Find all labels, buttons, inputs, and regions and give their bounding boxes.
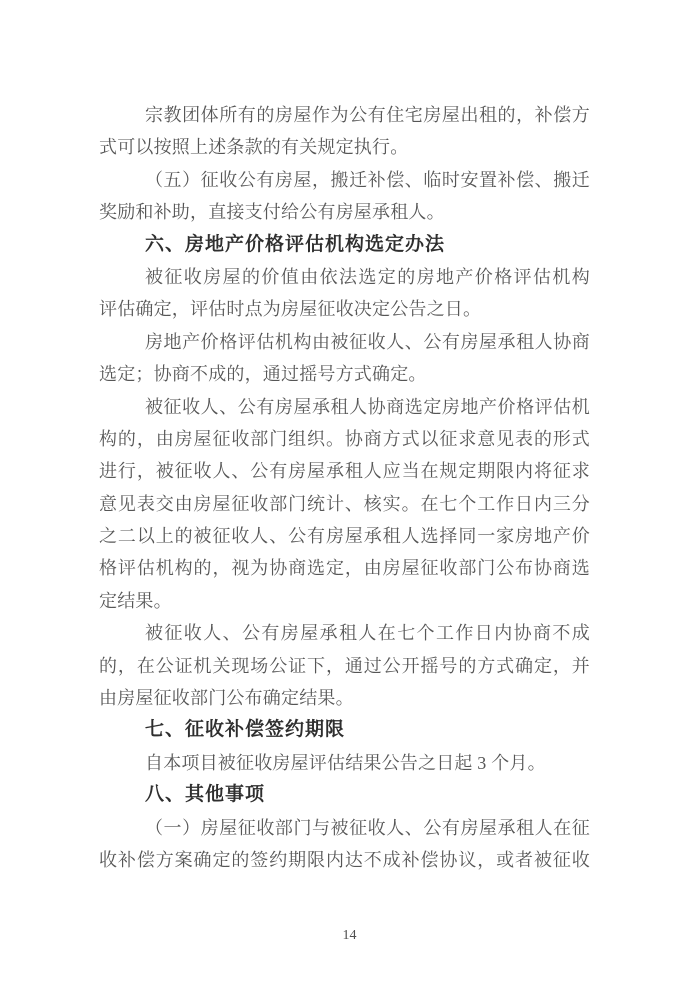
document-line: （一）房屋征收部门与被征收人、公有房屋承租人在征 [99,812,590,844]
document-line: 奖励和补助，直接支付给公有房屋承租人。 [99,196,590,228]
document-line: 的，在公证机关现场公证下，通过公开摇号的方式确定，并 [99,650,590,682]
document-line: 房地产价格评估机构由被征收人、公有房屋承租人协商 [99,326,590,358]
document-line: 选定；协商不成的，通过摇号方式确定。 [99,358,590,390]
page-number: 14 [0,926,699,946]
document-line: 之二以上的被征收人、公有房屋承租人选择同一家房地产价 [99,520,590,552]
section-heading: 六、房地产价格评估机构选定办法 [99,229,590,261]
section-heading: 七、征收补偿签约期限 [99,714,590,746]
section-heading: 八、其他事项 [99,779,590,811]
document-line: 被征收人、公有房屋承租人协商选定房地产价格评估机 [99,391,590,423]
document-line: 自本项目被征收房屋评估结果公告之日起 3 个月。 [99,747,590,779]
document-content: 宗教团体所有的房屋作为公有住宅房屋出租的，补偿方式可以按照上述条款的有关规定执行… [99,99,590,876]
document-line: 格评估机构的，视为协商选定，由房屋征收部门公布协商选 [99,552,590,584]
document-line: 构的，由房屋征收部门组织。协商方式以征求意见表的形式 [99,423,590,455]
document-line: 进行，被征收人、公有房屋承租人应当在规定期限内将征求 [99,455,590,487]
document-line: （五）征收公有房屋，搬迁补偿、临时安置补偿、搬迁 [99,164,590,196]
document-line: 宗教团体所有的房屋作为公有住宅房屋出租的，补偿方 [99,99,590,131]
document-line: 定结果。 [99,585,590,617]
document-page: 宗教团体所有的房屋作为公有住宅房屋出租的，补偿方式可以按照上述条款的有关规定执行… [0,0,699,990]
document-line: 收补偿方案确定的签约期限内达不成补偿协议，或者被征收 [99,844,590,876]
document-line: 式可以按照上述条款的有关规定执行。 [99,131,590,163]
document-line: 被征收房屋的价值由依法选定的房地产价格评估机构 [99,261,590,293]
document-line: 被征收人、公有房屋承租人在七个工作日内协商不成 [99,617,590,649]
document-line: 由房屋征收部门公布确定结果。 [99,682,590,714]
document-line: 意见表交由房屋征收部门统计、核实。在七个工作日内三分 [99,488,590,520]
document-line: 评估确定，评估时点为房屋征收决定公告之日。 [99,293,590,325]
